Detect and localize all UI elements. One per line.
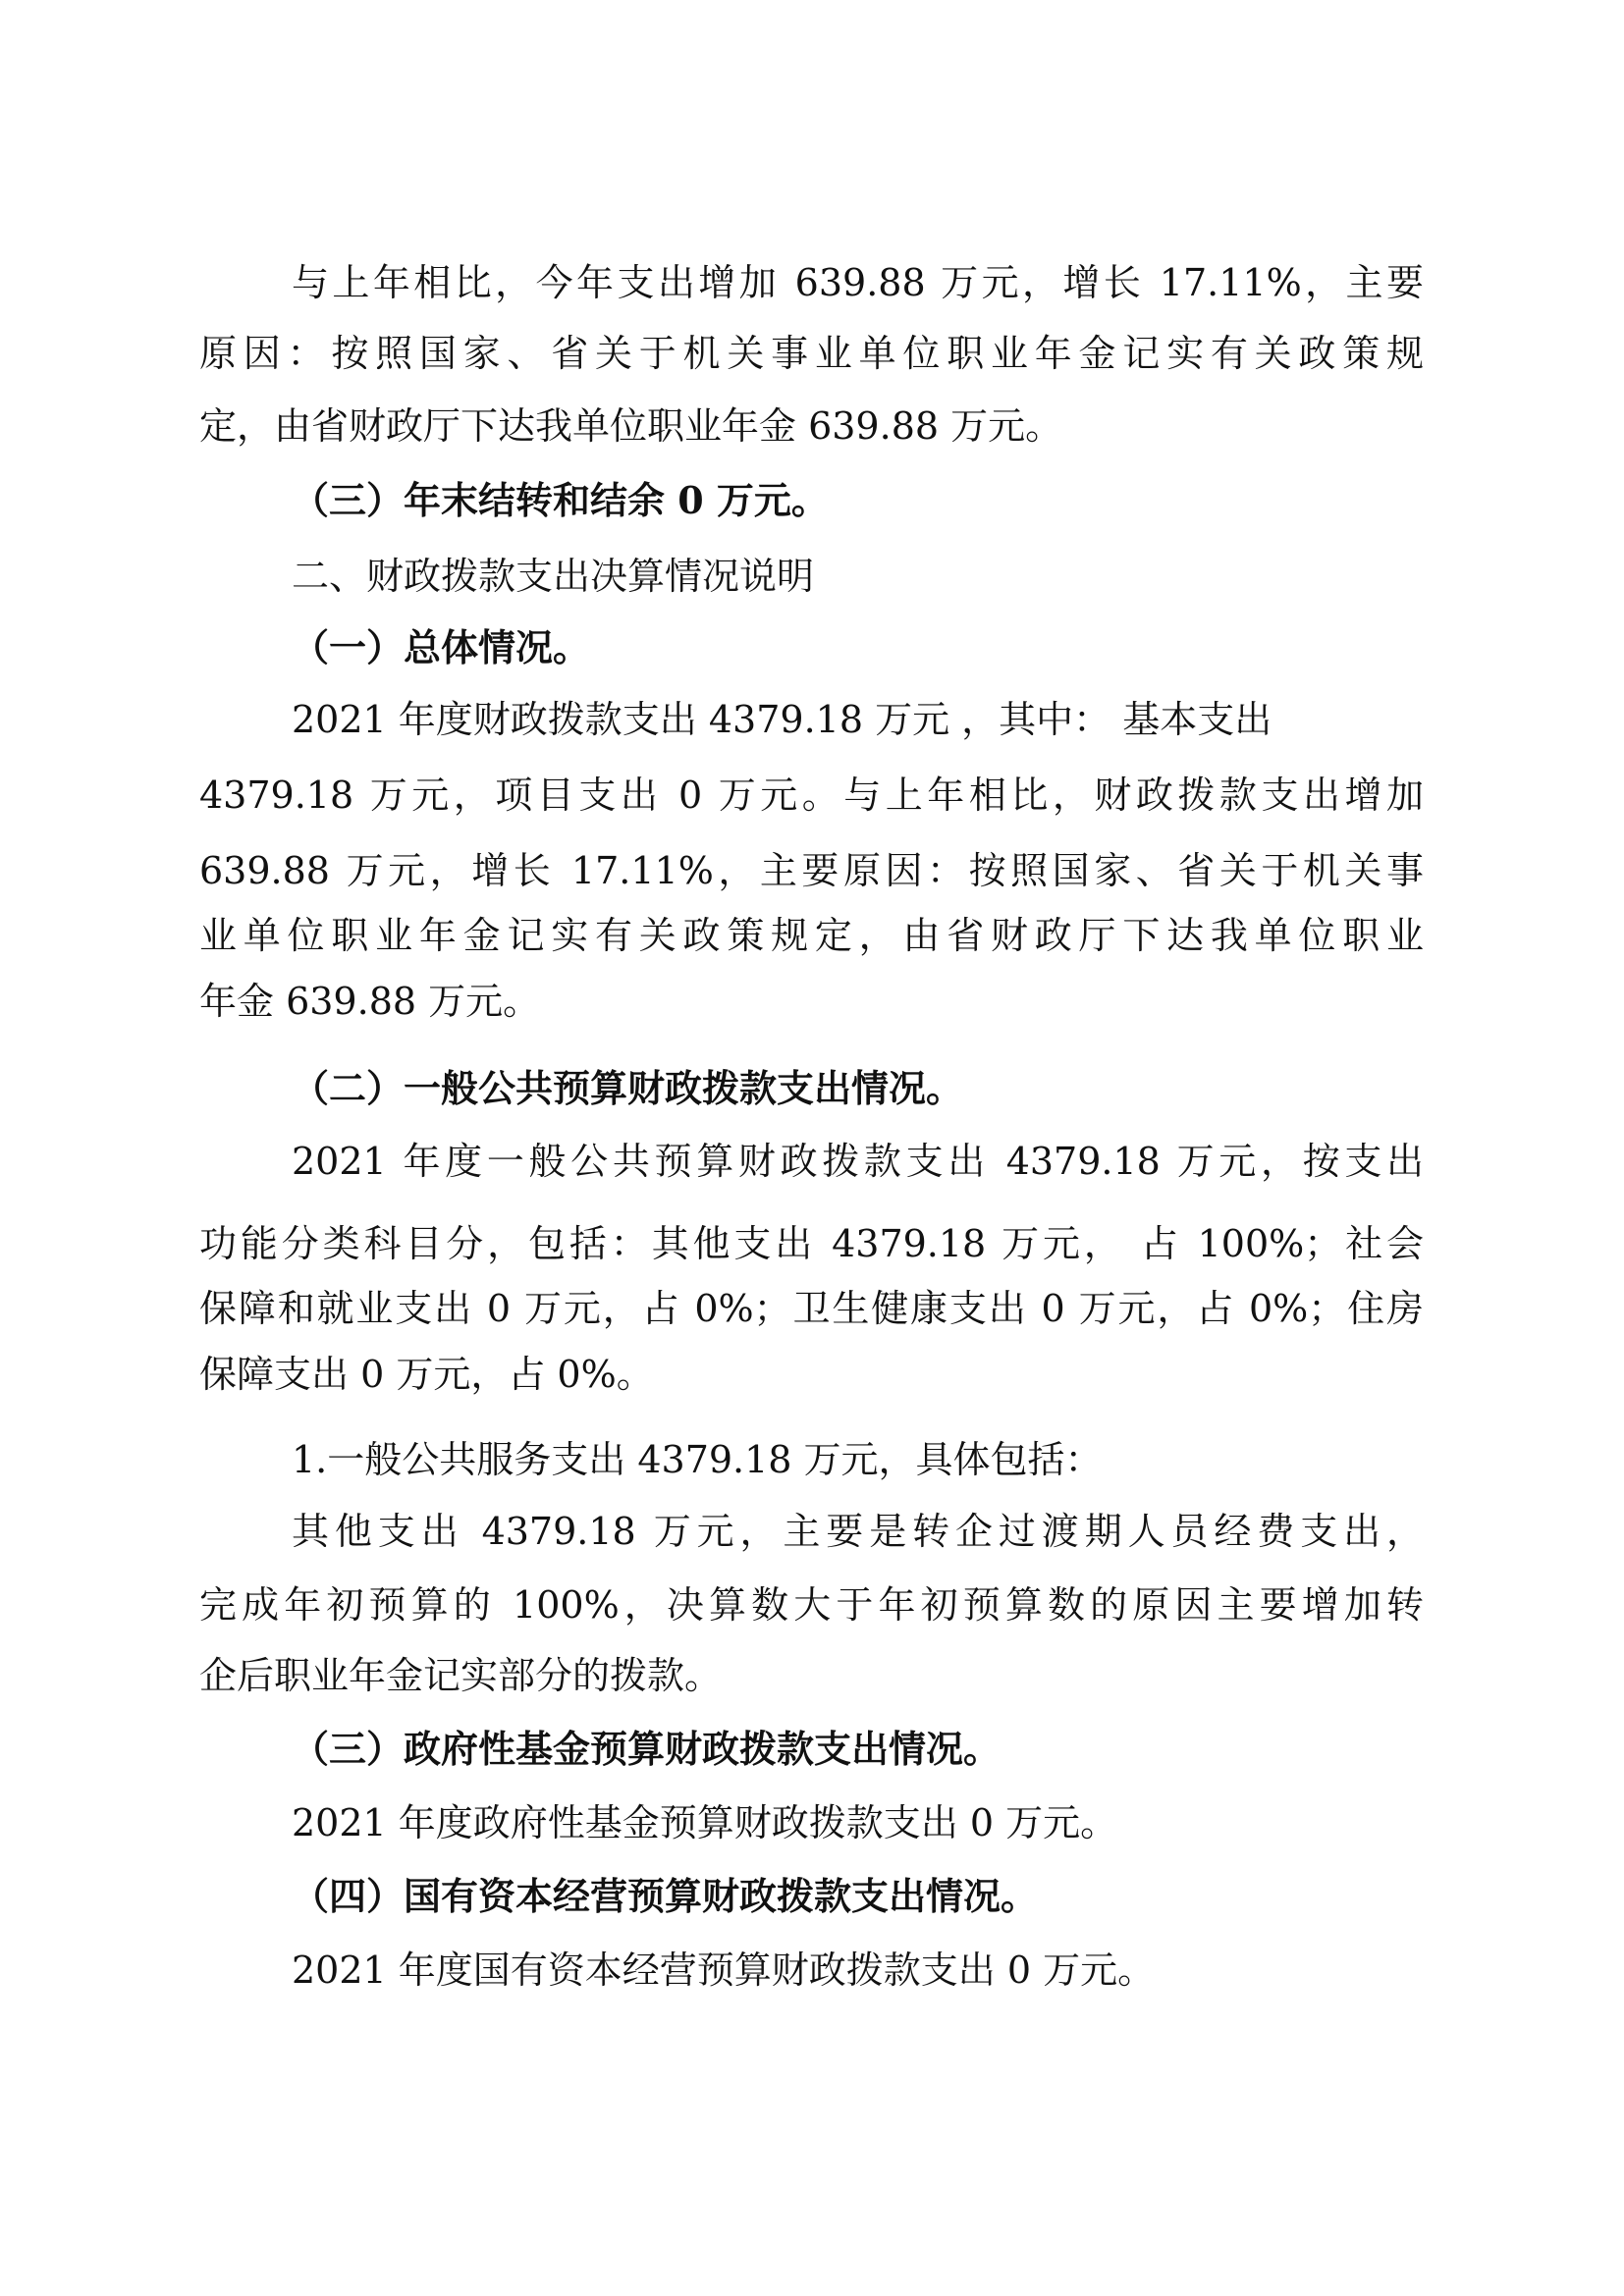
paragraph-line: 2021 年度国有资本经营预算财政拨款支出 0 万元。 — [292, 1947, 1424, 1994]
paragraph-line: 保障支出 0 万元，占 0%。 — [199, 1351, 1424, 1398]
paragraph-line: 业单位职业年金记实有关政策规定，由省财政厅下达我单位职业 — [199, 912, 1424, 959]
paragraph-line: 完成年初预算的 100%，决算数大于年初预算数的原因主要增加转 — [199, 1581, 1424, 1629]
subsection-heading: （三）政府性基金预算财政拨款支出情况。 — [292, 1726, 1424, 1773]
paragraph-line: 原因：按照国家、省关于机关事业单位职业年金记实有关政策规 — [199, 330, 1424, 377]
paragraph-line: 定，由省财政厅下达我单位职业年金 639.88 万元。 — [199, 402, 1424, 450]
paragraph-line: 与上年相比，今年支出增加 639.88 万元，增长 17.11%，主要 — [292, 259, 1424, 306]
subsection-heading: （一）总体情况。 — [292, 624, 1424, 671]
paragraph-line: 2021 年度一般公共预算财政拨款支出 4379.18 万元，按支出 — [292, 1138, 1424, 1185]
subsection-heading: （四）国有资本经营预算财政拨款支出情况。 — [292, 1873, 1424, 1920]
subsection-heading: （二）一般公共预算财政拨款支出情况。 — [292, 1065, 1424, 1112]
section-heading: 二、财政拨款支出决算情况说明 — [292, 553, 1424, 600]
paragraph-line: 年金 639.88 万元。 — [199, 978, 1424, 1025]
paragraph-line: 功能分类科目分，包括：其他支出 4379.18 万元， 占 100%；社会 — [199, 1220, 1424, 1267]
paragraph-line: 639.88 万元，增长 17.11%，主要原因：按照国家、省关于机关事 — [199, 847, 1424, 894]
paragraph-line: 2021 年度政府性基金预算财政拨款支出 0 万元。 — [292, 1799, 1424, 1846]
paragraph-line: 2021 年度财政拨款支出 4379.18 万元 ，其中： 基本支出 — [292, 696, 1424, 743]
paragraph-line: 企后职业年金记实部分的拨款。 — [199, 1652, 1424, 1699]
subsection-heading: （三）年末结转和结余 0 万元。 — [292, 477, 1424, 524]
paragraph-line: 其他支出 4379.18 万元，主要是转企过渡期人员经费支出， — [292, 1508, 1424, 1555]
paragraph-line: 保障和就业支出 0 万元，占 0%；卫生健康支出 0 万元，占 0%；住房 — [199, 1285, 1424, 1332]
paragraph-line: 4379.18 万元，项目支出 0 万元。与上年相比，财政拨款支出增加 — [199, 772, 1424, 819]
list-item: 1.一般公共服务支出 4379.18 万元，具体包括： — [292, 1436, 1424, 1483]
document-page: 与上年相比，今年支出增加 639.88 万元，增长 17.11%，主要 原因：按… — [0, 0, 1624, 2296]
